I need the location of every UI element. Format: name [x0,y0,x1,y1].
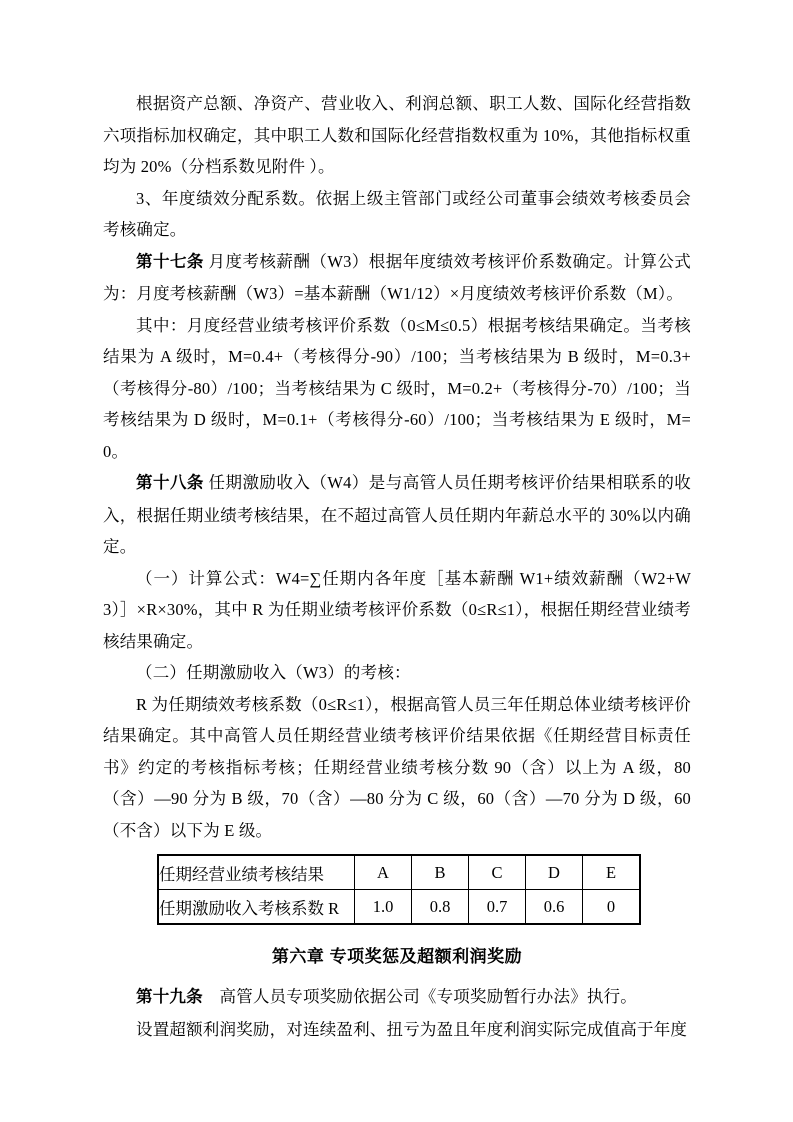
body-paragraph-formula: （一）计算公式：W4=∑任期内各年度［基本薪酬 W1+绩效薪酬（W2+W3）］×… [103,563,691,658]
table-row-grades: 任期经营业绩考核结果 A B C D E [158,855,640,890]
article-18-label: 第十八条 [136,474,204,492]
table-cell-coefficient: 0 [583,890,641,925]
table-cell-grade: A [355,855,412,890]
paragraph-text: （二）任期激励收入（W3）的考核： [136,663,411,682]
table-cell-grade: B [412,855,469,890]
body-paragraph-tenure-assessment-title: （二）任期激励收入（W3）的考核： [103,657,691,689]
paragraph-text: （一）计算公式：W4=∑任期内各年度［基本薪酬 W1+绩效薪酬（W2+W3）］×… [103,569,691,651]
paragraph-text: 设置超额利润奖励，对连续盈利、扭亏为盈且年度利润实际完成值高于年度 [136,1020,687,1039]
table-cell-coefficient: 1.0 [355,890,412,925]
document-page: 根据资产总额、净资产、营业收入、利润总额、职工人数、国际化经营指数六项指标加权确… [0,0,793,1122]
table-cell-coefficient: 0.8 [412,890,469,925]
body-paragraph-weights: 根据资产总额、净资产、营业收入、利润总额、职工人数、国际化经营指数六项指标加权确… [103,88,691,183]
paragraph-text: 根据资产总额、净资产、营业收入、利润总额、职工人数、国际化经营指数六项指标加权确… [103,94,691,176]
paragraph-text: R 为任期绩效考核系数（0≤R≤1），根据高管人员三年任期总体业绩考核评价结果确… [103,695,691,840]
body-paragraph-excess-profit: 设置超额利润奖励，对连续盈利、扭亏为盈且年度利润实际完成值高于年度 [103,1014,691,1046]
coefficient-table: 任期经营业绩考核结果 A B C D E 任期激励收入考核系数 R 1.0 0.… [157,854,641,925]
table-row-coefficients: 任期激励收入考核系数 R 1.0 0.8 0.7 0.6 0 [158,890,640,925]
body-paragraph-monthly-coefficient: 其中：月度经营业绩考核评价系数（0≤M≤0.5）根据考核结果确定。当考核结果为 … [103,310,691,468]
table-cell-grade: C [469,855,526,890]
table-cell-coefficient: 0.6 [526,890,583,925]
paragraph-text: 高管人员专项奖励依据公司《专项奖励暂行办法》执行。 [203,987,637,1006]
table-cell-grade: D [526,855,583,890]
table-cell-grade: E [583,855,641,890]
article-19-paragraph: 第十九条 高管人员专项奖励依据公司《专项奖励暂行办法》执行。 [103,981,691,1014]
body-paragraph-annual-coefficient: 3、年度绩效分配系数。依据上级主管部门或经公司董事会绩效考核委员会考核确定。 [103,183,691,246]
table-cell-label: 任期激励收入考核系数 R [158,890,355,925]
page-text-block: 根据资产总额、净资产、营业收入、利润总额、职工人数、国际化经营指数六项指标加权确… [103,88,691,1045]
chapter-heading: 第六章 专项奖惩及超额利润奖励 [103,941,691,973]
body-paragraph-r-coefficient: R 为任期绩效考核系数（0≤R≤1），根据高管人员三年任期总体业绩考核评价结果确… [103,689,691,847]
article-19-label: 第十九条 [136,988,203,1006]
paragraph-text: 其中：月度经营业绩考核评价系数（0≤M≤0.5）根据考核结果确定。当考核结果为 … [103,316,691,461]
article-17-paragraph: 第十七条 月度考核薪酬（W3）根据年度绩效考核评价系数确定。计算公式为：月度考核… [103,246,691,310]
table-cell-coefficient: 0.7 [469,890,526,925]
article-17-label: 第十七条 [136,253,204,271]
article-18-paragraph: 第十八条 任期激励收入（W4）是与高管人员任期考核评价结果相联系的收入，根据任期… [103,467,691,563]
paragraph-text: 3、年度绩效分配系数。依据上级主管部门或经公司董事会绩效考核委员会考核确定。 [103,189,691,240]
table-cell-label: 任期经营业绩考核结果 [158,855,355,890]
